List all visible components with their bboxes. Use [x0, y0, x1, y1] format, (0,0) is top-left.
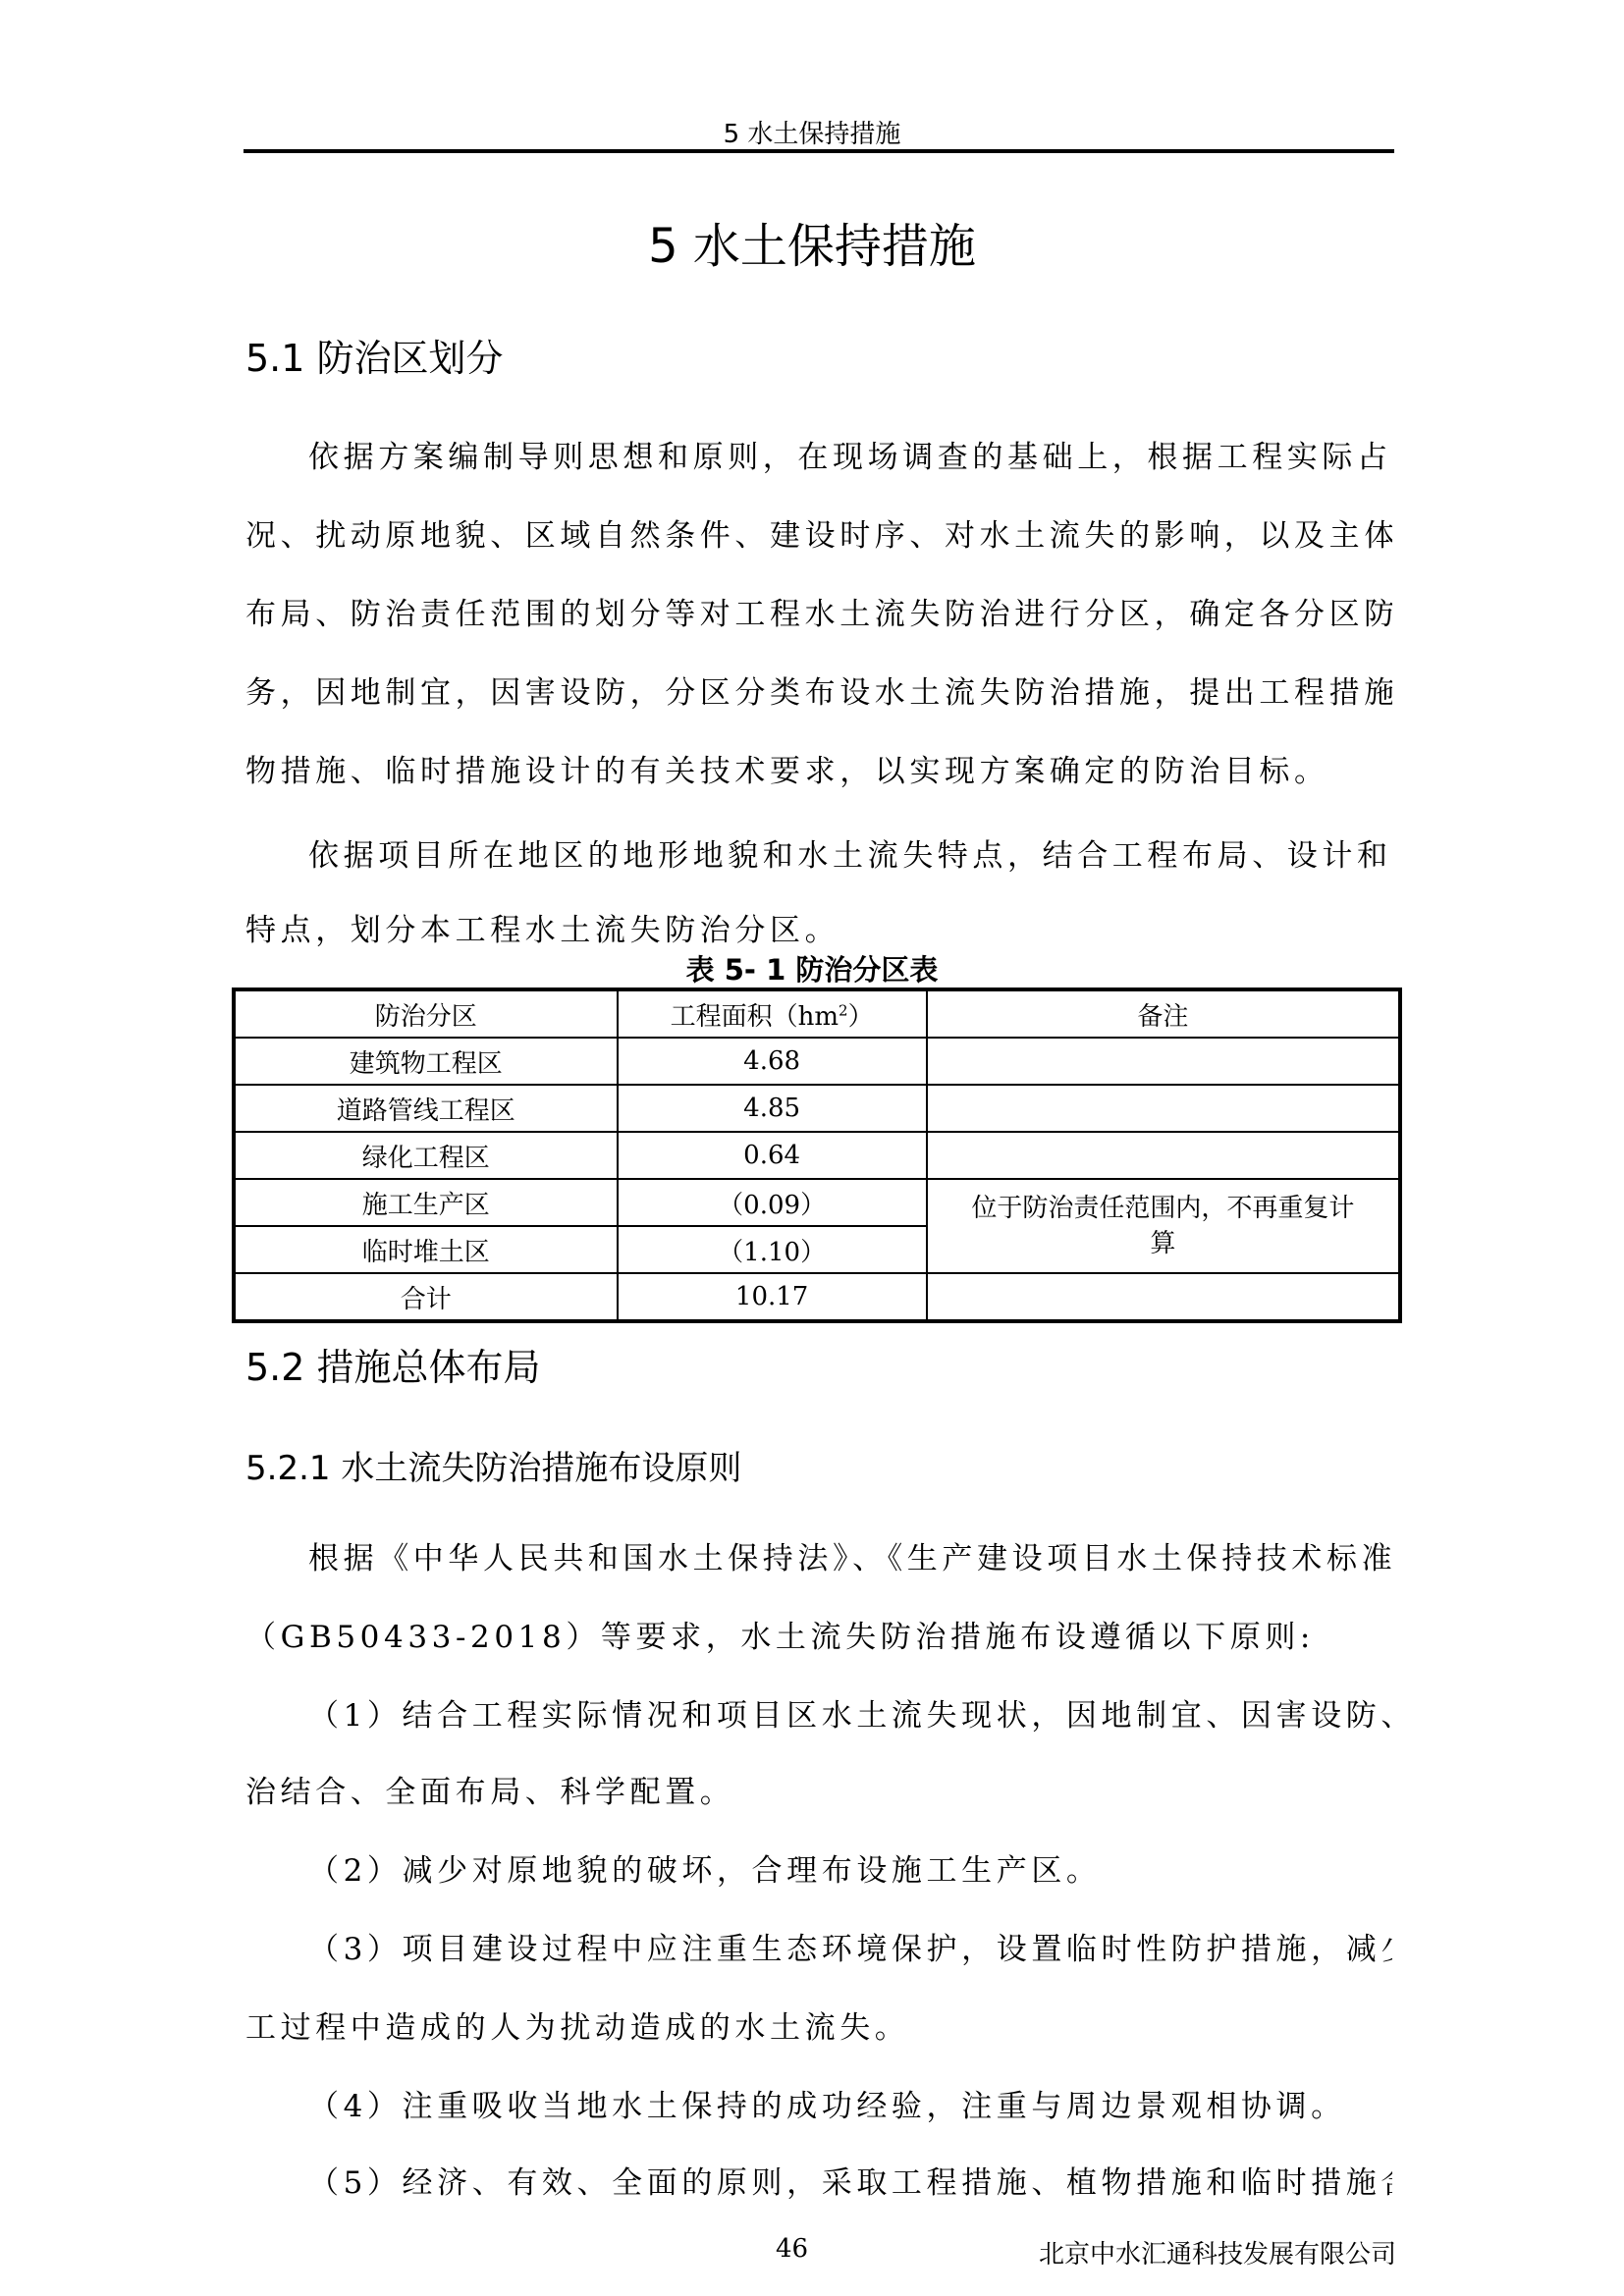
- column-header-area: 工程面积（hm2）: [618, 989, 927, 1038]
- paragraph-line: （GB50433-2018）等要求，水土流失防治措施布设遵循以下原则:: [245, 1612, 1392, 1656]
- paragraph-line: 物措施、临时措施设计的有关技术要求，以实现方案确定的防治目标。: [245, 746, 1392, 790]
- cell-zone: 合计: [234, 1273, 618, 1321]
- cell-zone: 临时堆土区: [234, 1226, 618, 1273]
- paragraph-line: 工过程中造成的人为扰动造成的水土流失。: [245, 2002, 1392, 2047]
- cell-area: （1.10）: [618, 1226, 927, 1273]
- column-header-note: 备注: [927, 989, 1400, 1038]
- zone-table: 防治分区 工程面积（hm2） 备注 建筑物工程区 4.68 道路管线工程区 4.…: [232, 988, 1402, 1323]
- paragraph-line: 特点，划分本工程水土流失防治分区。: [245, 905, 1392, 949]
- cell-note: [927, 1132, 1400, 1179]
- cell-note: [927, 1085, 1400, 1132]
- note-line-1: 位于防治责任范围内，不再重复计: [971, 1194, 1354, 1223]
- list-item-2: （2）减少对原地貌的破坏，合理布设施工生产区。: [308, 1845, 1392, 1890]
- list-item-1: （1）结合工程实际情况和项目区水土流失现状，因地制宜、因害设防、防: [308, 1690, 1392, 1735]
- section-heading-5-1: 5.1 防治区划分: [245, 328, 504, 382]
- list-item-3: （3）项目建设过程中应注重生态环境保护，设置临时性防护措施，减少施: [308, 1924, 1392, 1968]
- cell-zone: 施工生产区: [234, 1179, 618, 1226]
- unit-superscript: 2: [839, 1001, 848, 1019]
- paragraph-line: 布局、防治责任范围的划分等对工程水土流失防治进行分区，确定各分区防治任: [245, 589, 1392, 633]
- cell-zone: 道路管线工程区: [234, 1085, 618, 1132]
- table-row: 绿化工程区 0.64: [234, 1132, 1400, 1179]
- cell-area: 4.68: [618, 1038, 927, 1085]
- list-item-4: （4）注重吸收当地水土保持的成功经验，注重与周边景观相协调。: [308, 2081, 1392, 2125]
- cell-note-merged: 位于防治责任范围内，不再重复计 算: [927, 1179, 1400, 1273]
- table-row-total: 合计 10.17: [234, 1273, 1400, 1321]
- paragraph-line: 务，因地制宜，因害设防，分区分类布设水土流失防治措施，提出工程措施、植: [245, 667, 1392, 712]
- column-header-zone: 防治分区: [234, 989, 618, 1038]
- table-caption: 表 5- 1 防治分区表: [0, 948, 1624, 988]
- cell-zone: 建筑物工程区: [234, 1038, 618, 1085]
- page-number: 46: [776, 2234, 808, 2264]
- subsection-heading-5-2-1: 5.2.1 水土流失防治措施布设原则: [245, 1441, 741, 1489]
- table-row: 施工生产区 （0.09） 位于防治责任范围内，不再重复计 算: [234, 1179, 1400, 1226]
- cell-note: [927, 1038, 1400, 1085]
- unit-close-paren: ）: [848, 1002, 874, 1032]
- cell-area: 4.85: [618, 1085, 927, 1132]
- cell-area: （0.09）: [618, 1179, 927, 1226]
- column-header-area-label: 工程面积（hm: [671, 1002, 839, 1032]
- paragraph-line: 根据《中华人民共和国水土保持法》、《生产建设项目水土保持技术标准》: [308, 1533, 1392, 1577]
- header-rule: [244, 149, 1394, 153]
- cell-area: 0.64: [618, 1132, 927, 1179]
- paragraph-line: 况、扰动原地貌、区域自然条件、建设时序、对水土流失的影响，以及主体工程: [245, 510, 1392, 555]
- note-line-2: 算: [1150, 1229, 1175, 1258]
- paragraph-line: 依据项目所在地区的地形地貌和水土流失特点，结合工程布局、设计和施工: [308, 830, 1392, 875]
- paragraph-line: 治结合、全面布局、科学配置。: [245, 1767, 1392, 1811]
- cell-zone: 绿化工程区: [234, 1132, 618, 1179]
- section-heading-5-2: 5.2 措施总体布局: [245, 1337, 541, 1391]
- chapter-title: 5 水土保持措施: [0, 208, 1624, 276]
- cell-note: [927, 1273, 1400, 1321]
- table-row: 道路管线工程区 4.85: [234, 1085, 1400, 1132]
- table-header-row: 防治分区 工程面积（hm2） 备注: [234, 989, 1400, 1038]
- table-row: 建筑物工程区 4.68: [234, 1038, 1400, 1085]
- list-item-5: （5）经济、有效、全面的原则，采取工程措施、植物措施和临时措施合理: [308, 2158, 1392, 2202]
- cell-area: 10.17: [618, 1273, 927, 1321]
- footer-company: 北京中水汇通科技发展有限公司: [1039, 2234, 1396, 2270]
- paragraph-line: 依据方案编制导则思想和原则，在现场调查的基础上，根据工程实际占地情: [308, 432, 1392, 476]
- running-header: 5 水土保持措施: [0, 114, 1624, 150]
